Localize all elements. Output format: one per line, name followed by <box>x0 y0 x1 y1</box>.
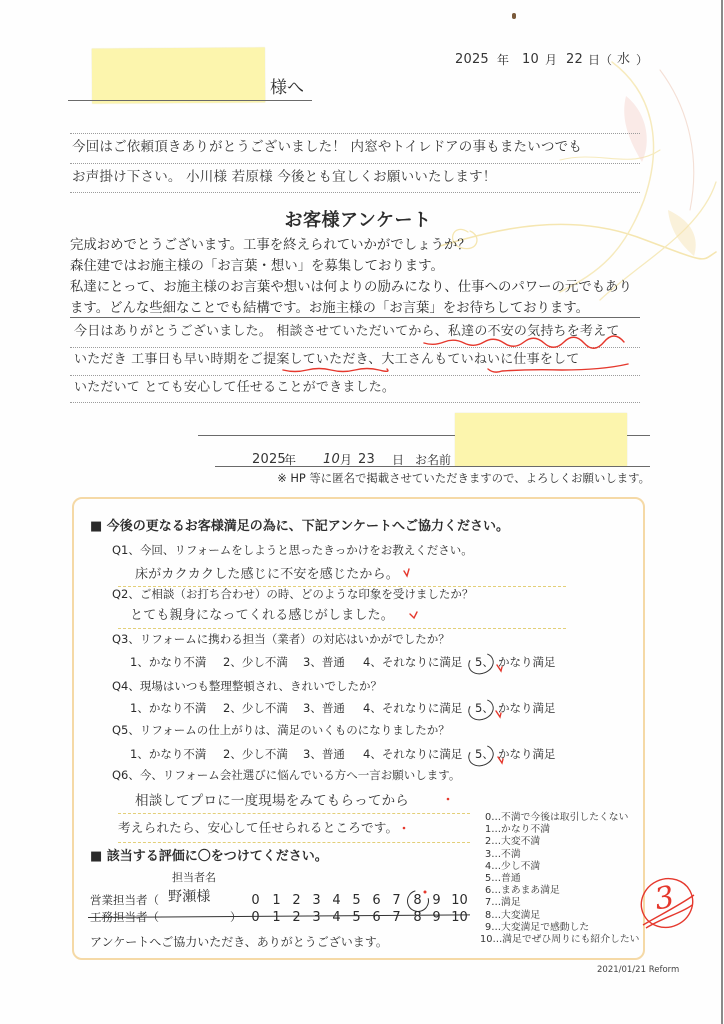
score-4: 4 <box>326 894 347 907</box>
question-4-label: Q4、現場はいつも整理整頓され、きれいでしたか？ <box>112 681 382 693</box>
score-2: 2 <box>286 894 307 907</box>
option-3: 3、普通 <box>303 749 345 761</box>
signature-bottom-rule <box>215 466 650 467</box>
signature-year: 2025 <box>252 453 286 466</box>
ink-speck <box>512 13 516 19</box>
legend-item: 8…大変満足 <box>485 911 540 921</box>
score-5: 5 <box>346 894 367 907</box>
intro-line: 私達にとって、お施主様のお言葉や想いは何よりの励みになり、仕事へのパワーの元でも… <box>70 281 632 294</box>
letter-message-line: 今回はご依頼頂きありがとうございました！ 内窓やトイレドアの事もまたいつでも <box>72 141 582 155</box>
letter-date-month-unit: 月 <box>545 54 557 66</box>
score-3: 3 <box>306 894 327 907</box>
signature-month-unit: 月 <box>340 454 352 466</box>
score-10: 10 <box>449 894 470 907</box>
customer-comment-line: 今日はありがとうございました。 相談させていただいてから、私達の不安の気持ちを考… <box>74 325 620 338</box>
construction-staff-close: ） <box>230 912 242 924</box>
option-4: 4、それなりに満足 <box>363 703 462 715</box>
score-6: 6 <box>366 894 387 907</box>
letter-rule <box>70 163 640 164</box>
option-1: 1、かなり不満 <box>130 703 206 715</box>
intro-line: 森住建ではお施主様の「お言葉・想い」を募集しております。 <box>70 260 444 273</box>
letter-date-day-unit: 日（ <box>588 54 612 66</box>
rating-heading: ■ 該当する評価に〇をつけてください。 <box>90 850 328 863</box>
letter-date-weekday: 水 <box>617 53 630 66</box>
letter-date-close: ） <box>636 54 648 66</box>
customer-comment-line: いただき 工事日も早い時期をご提案していただき、大工さんもていねいに仕事をして <box>74 353 579 366</box>
legend-item: 10…満足でぜひ周りにも紹介したい <box>480 935 639 945</box>
option-2: 2、少し不満 <box>223 749 288 761</box>
signature-month: 10 <box>323 453 340 466</box>
comment-rule <box>70 347 640 348</box>
customer-name-redaction <box>455 413 627 466</box>
customer-survey-document: 様へ 2025 年 10 月 22 日（ 水 ） 今回はご依頼頂きありがとうござ… <box>0 0 724 1024</box>
legend-item: 6…まあまあ満足 <box>485 886 560 896</box>
score-3: 3 <box>306 911 327 924</box>
score-7: 7 <box>386 894 407 907</box>
form-version-footer: 2021/01/21 Reform <box>597 966 679 975</box>
question-2-label: Q2、ご相談（お打ち合わせ）の時、どのような印象を受けましたか？ <box>112 589 473 601</box>
letter-date-year: 2025 <box>455 53 489 66</box>
salutation: 様へ <box>270 80 304 97</box>
closing-thanks: アンケートへご協力いただき、ありがとうございます。 <box>90 936 388 948</box>
question-2-answer: とても親身になってくれる感じがしました。 <box>130 609 394 622</box>
letter-rule <box>70 192 640 193</box>
question-3-label: Q3、リフォームに携わる担当（業者）の対応はいかがでしたか？ <box>112 634 450 646</box>
score-2: 2 <box>286 911 307 924</box>
comment-rule <box>70 375 640 376</box>
legend-item: 4…少し不満 <box>485 862 540 872</box>
score-6: 6 <box>366 911 387 924</box>
option-1: 1、かなり不満 <box>130 657 206 669</box>
score-1: 1 <box>266 911 287 924</box>
score-0: 0 <box>245 894 266 907</box>
answer-rule <box>118 628 566 629</box>
option-4: 4、それなりに満足 <box>363 657 462 669</box>
letter-rule <box>70 133 640 134</box>
questionnaire-heading: ■ 今後の更なるお客様満足の為に、下記アンケートへご協力ください。 <box>90 520 509 533</box>
option-3: 3、普通 <box>303 703 345 715</box>
option-3: 3、普通 <box>303 657 345 669</box>
legend-item: 2…大変不満 <box>485 837 540 847</box>
legend-item: 7…満足 <box>485 898 521 908</box>
survey-title: お客様アンケート <box>0 212 716 230</box>
score-9: 9 <box>426 911 447 924</box>
sales-staff-name: 野瀬様 <box>168 890 211 904</box>
intro-line: ます。どんな些細なことでも結構です。お施主様の「お言葉」をお待ちしております。 <box>70 302 589 315</box>
question-6-answer-line: 相談してプロに一度現場をみてもらってから <box>135 795 409 809</box>
score-7: 7 <box>386 911 407 924</box>
legend-item: 5…普通 <box>485 874 521 884</box>
option-2: 2、少し不満 <box>223 703 288 715</box>
question-1-label: Q1、今回、リフォームをしようと思ったきっかけをお教えください。 <box>112 545 473 557</box>
legend-item: 0…不満で今後は取引したくない <box>485 813 628 823</box>
option-5-label: かなり満足 <box>498 657 556 669</box>
option-2: 2、少し不満 <box>223 657 288 669</box>
option-4: 4、それなりに満足 <box>363 749 462 761</box>
answer-rule <box>118 813 470 814</box>
name-label: お名前 <box>415 454 451 466</box>
score-4: 4 <box>326 911 347 924</box>
letter-message-line: お声掛け下さい。 小川様 若原様 今後とも宜しくお願いいたします！ <box>72 171 496 185</box>
option-5-label: かなり満足 <box>498 703 556 715</box>
answer-rule <box>118 842 470 843</box>
question-6-label: Q6、今、リフォーム会社選びに悩んでいる方へ一言お願いします。 <box>112 770 460 782</box>
question-5-label: Q5、リフォームの仕上がりは、満足のいくものになりましたか？ <box>112 725 450 737</box>
signature-day: 23 <box>358 453 375 466</box>
legend-item: 3…不満 <box>485 850 521 860</box>
option-1: 1、かなり不満 <box>130 749 206 761</box>
legend-item: 1…かなり不満 <box>485 825 550 835</box>
score-0: 0 <box>245 911 266 924</box>
anonymous-posting-note: ※ HP 等に匿名で掲載させていただきますので、よろしくお願いします。 <box>0 473 650 484</box>
checker-stamp-mark: 3 <box>653 883 677 916</box>
score-10: 10 <box>449 911 470 924</box>
recipient-name-redaction <box>92 47 265 103</box>
letter-date-month: 10 <box>522 53 539 66</box>
score-1: 1 <box>266 894 287 907</box>
sales-staff-label: 営業担当者（ <box>90 895 159 907</box>
question-1-answer: 床がカクカクした感じに不安を感じたから。 <box>135 568 399 581</box>
signature-year-unit: 年 <box>284 454 296 466</box>
option-5-label: かなり満足 <box>498 749 556 761</box>
score-5: 5 <box>346 911 367 924</box>
comment-rule <box>70 402 640 403</box>
staff-name-header: 担当者名 <box>172 872 216 883</box>
customer-comment-line: いただいて とても安心して任せることができました。 <box>74 381 395 394</box>
scanner-edge-line <box>721 0 723 1024</box>
comment-top-rule <box>70 317 640 318</box>
letter-date-day: 22 <box>566 53 583 66</box>
score-8: 8 <box>407 911 428 924</box>
question-6-answer-line: 考えられたら、安心して任せられるところです。 <box>118 822 398 835</box>
letter-date-year-unit: 年 <box>497 54 509 66</box>
signature-day-unit: 日 <box>392 454 404 466</box>
recipient-underline <box>68 100 312 101</box>
intro-line: 完成おめでとうございます。工事を終えられていかがでしょうか？ <box>70 239 471 252</box>
legend-item: 9…大変満足で感動した <box>485 923 589 933</box>
